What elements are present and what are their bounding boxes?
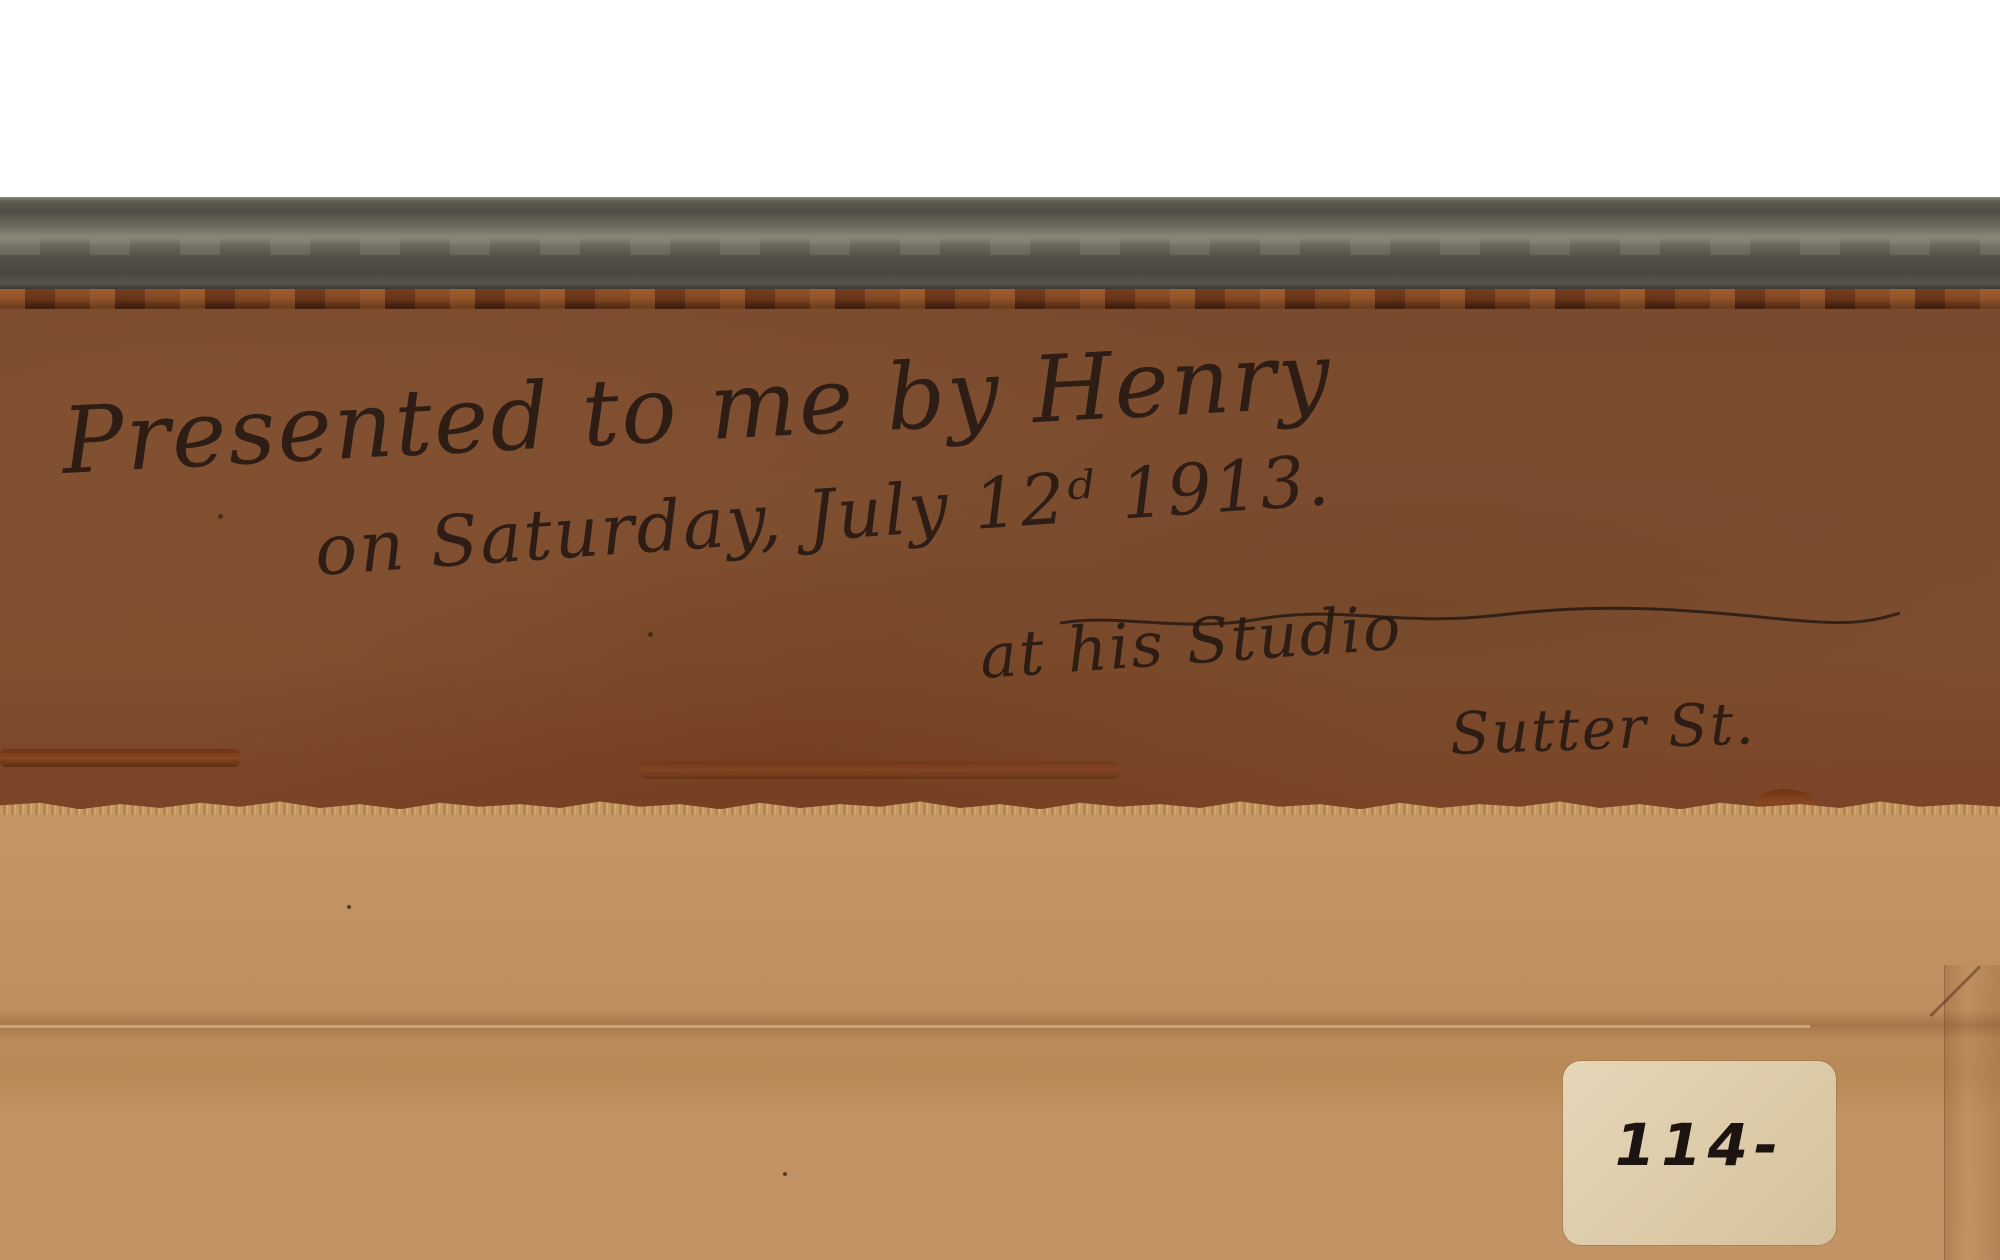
frame-wood-edge — [0, 289, 2000, 309]
catalog-number: 114- — [1563, 1111, 1836, 1179]
glue-stain — [640, 761, 1120, 779]
paper-speck — [783, 1172, 787, 1176]
ink-speck — [648, 632, 653, 637]
ink-speck — [218, 514, 223, 519]
paper-speck — [347, 905, 351, 909]
paper-fold — [1944, 965, 2000, 1260]
frame-molding — [0, 197, 2000, 289]
glue-stain — [0, 749, 240, 767]
inscription-underline-flourish — [1060, 605, 1900, 635]
catalog-label: 114- — [1563, 1061, 1836, 1245]
inscription-line-4: Sutter St. — [1449, 689, 1757, 768]
